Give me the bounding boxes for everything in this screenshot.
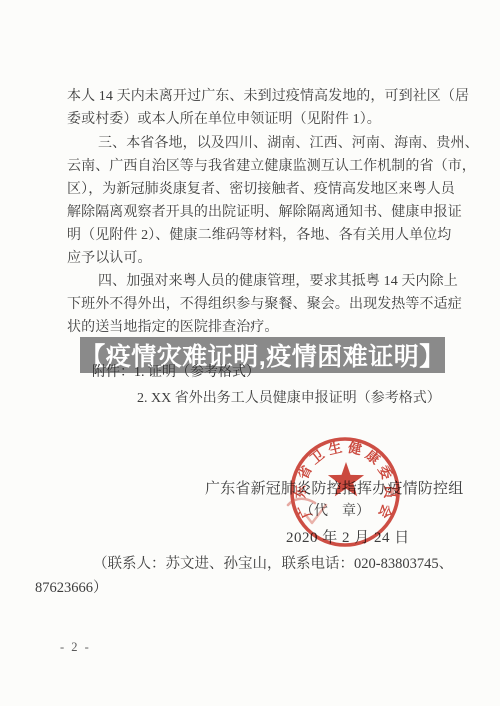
body-line-6: 解除隔离观察者开具的出院证明、解除隔离通知书、健康申报证 (67, 204, 462, 222)
body-line-3: 三、本省各地，以及四川、湖南、江西、河南、海南、贵州、 (98, 135, 479, 153)
page-number: - 2 - (60, 640, 91, 655)
attachment-line-2: 2. XX 省外出务工人员健康申报证明（参考格式） (137, 387, 441, 407)
signature-organization: 广东省新冠肺炎防控指挥办疫情防控组 (205, 477, 463, 498)
body-line-8: 应予以认可。 (67, 250, 152, 268)
body-line-4: 云南、广西自治区等与我省建立健康监测互认工作机制的省（市， (67, 158, 476, 176)
contact-line-1: （联系人：苏文进、孙宝山，联系电话：020-83803745、 (93, 552, 453, 573)
body-line-5: 区），为新冠肺炎康复者、密切接触者、疫情高发地区来粤人员 (67, 181, 455, 199)
attachment-line-1: 附件：1. 证明（参考格式） (92, 361, 260, 381)
signature-on-behalf: （代 章） (300, 500, 370, 520)
body-line-7: 明（见附件 2）、健康二维码等材料，各地、各有关用人单位均 (67, 227, 451, 245)
contact-line-2: 87623666） (35, 576, 108, 597)
signature-date: 2020 年 2 月 24 日 (286, 526, 410, 547)
body-line-9: 四、加强对来粤人员的健康管理，要求其抵粤 14 天内除上 (98, 273, 458, 291)
body-line-10: 下班外不得外出，不得组织参与聚餐、聚会。出现发热等不适症 (67, 296, 462, 314)
scanned-document-page: 本人 14 天内未离开过广东、未到过疫情高发地的，可到社区（居 委或村委）或本人… (0, 0, 500, 706)
body-line-11: 状的送当地指定的医院排查治疗。 (67, 319, 279, 337)
body-line-2: 委或村委）或本人所在单位申领证明（见附件 1）。 (67, 111, 381, 129)
body-line-1: 本人 14 天内未离开过广东、未到过疫情高发地的，可到社区（居 (67, 88, 469, 106)
